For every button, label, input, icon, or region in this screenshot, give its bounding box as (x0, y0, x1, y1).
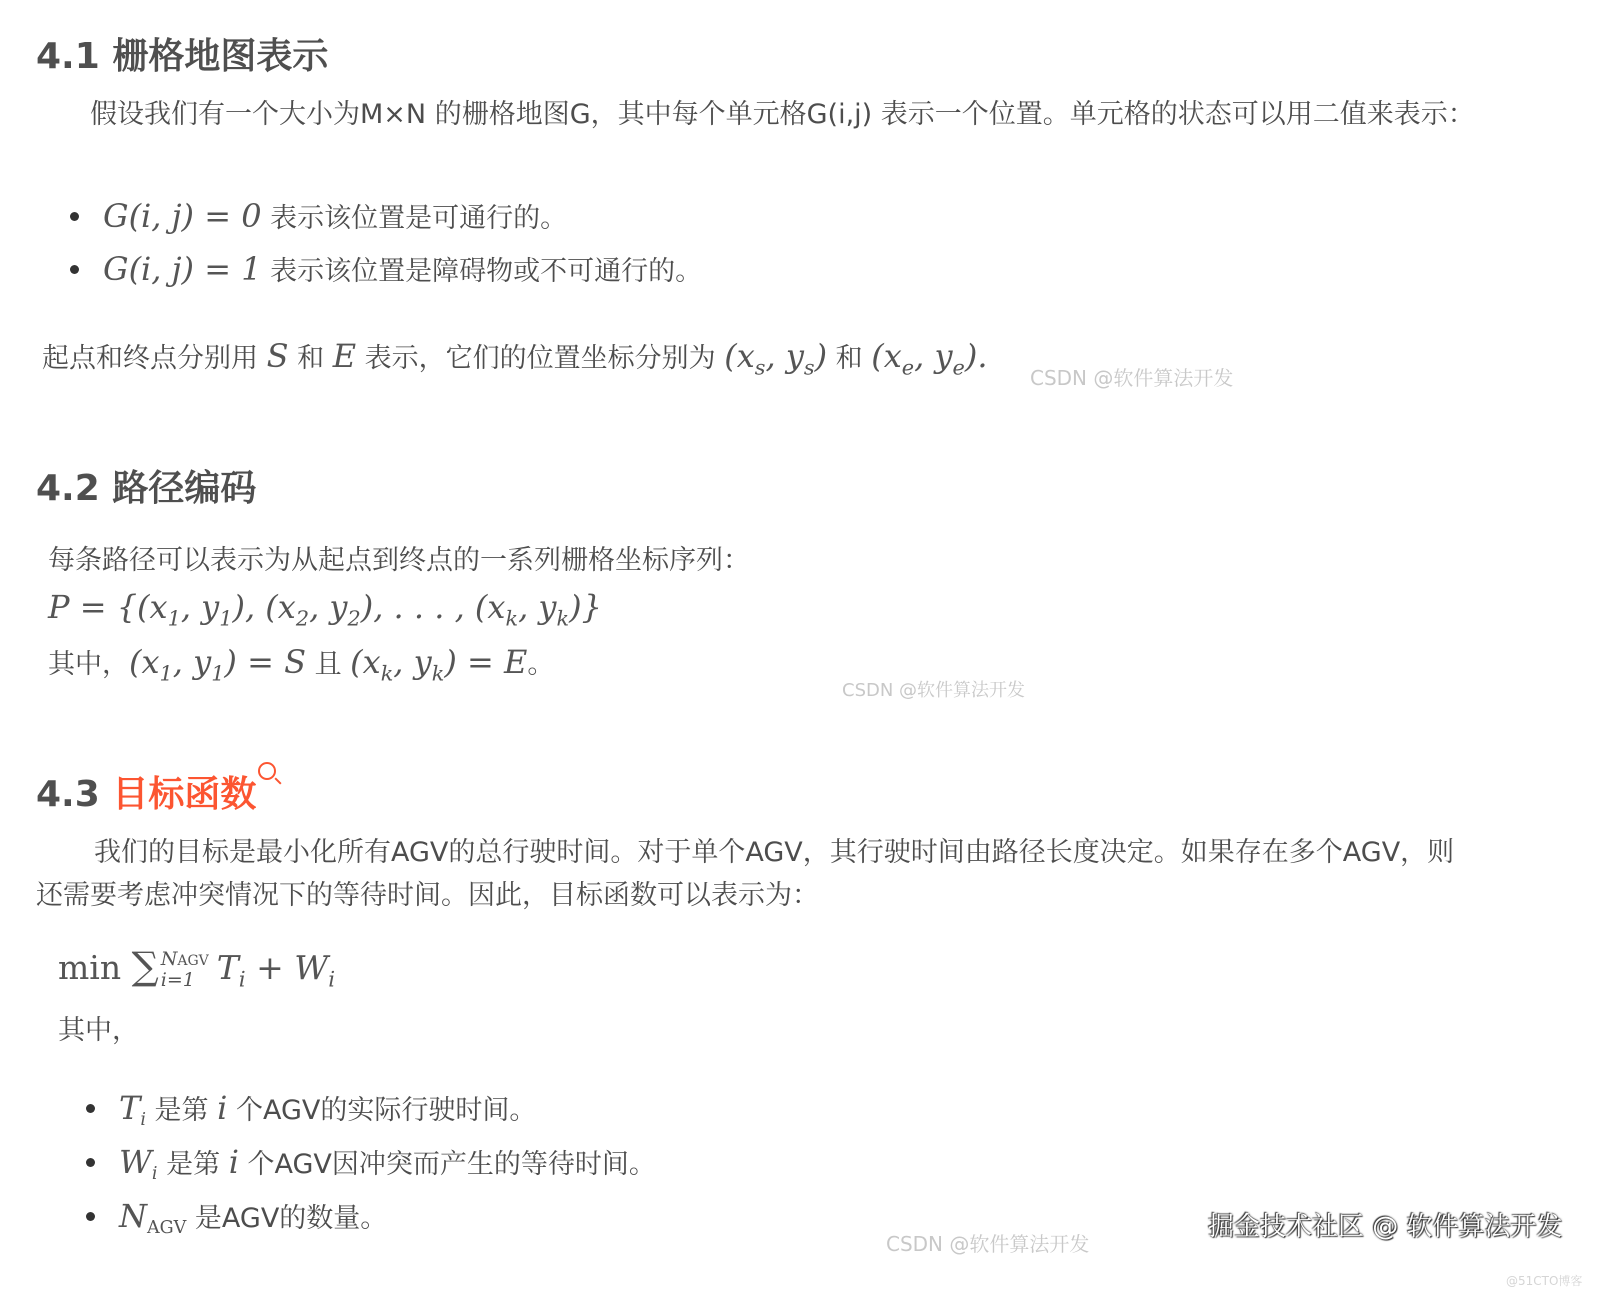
bullet-icon (86, 1212, 95, 1221)
text: 起点和终点分别用 (42, 343, 258, 374)
math-expression: G(i, j) = 1 (103, 250, 262, 288)
paragraph-path-intro: 每条路径可以表示为从起点到终点的一系列栅格坐标序列： (48, 538, 750, 577)
bullet-icon (70, 265, 79, 274)
paragraph-path-where: 其中，(x1, y1) = S 且 (xk, yk) = E。 (48, 642, 554, 685)
math-path-formula: P = {(x1, y1), (x2, y2), . . . , (xk, yk… (48, 588, 602, 630)
bullet-icon (70, 212, 79, 221)
text: 且 (306, 649, 350, 680)
list-item: Wi 是第 i 个AGV因冲突而产生的等待时间。 (86, 1142, 656, 1184)
bullet-icon (86, 1104, 95, 1113)
paragraph-objective-line2: 还需要考虑冲突情况下的等待时间。因此，目标函数可以表示为： (36, 873, 819, 912)
math-coord-start: (xs, ys) (724, 337, 827, 375)
where-label: 其中， (58, 1008, 139, 1047)
text: 。 (527, 649, 554, 680)
section-heading-4-3: 4.3 目标函数 (36, 766, 276, 817)
section-heading-4-2: 4.2 路径编码 (36, 460, 256, 511)
watermark-csdn: CSDN @软件算法开发 (1030, 362, 1233, 391)
section-number: 4.2 (36, 468, 100, 509)
paragraph-start-end: 起点和终点分别用 S 和 E 表示，它们的位置坐标分别为 (xs, ys) 和 … (42, 336, 987, 379)
list-item: NAGV 是AGV的数量。 (86, 1196, 387, 1238)
list-item: G(i, j) = 0 表示该位置是可通行的。 (70, 196, 567, 235)
math-symbol-e: E (333, 337, 356, 375)
text: 其中， (48, 649, 129, 680)
watermark-51cto: @51CTO博客 (1506, 1272, 1582, 1289)
section-title: 路径编码 (112, 468, 256, 509)
text: 和 (836, 343, 863, 374)
section-title: 栅格地图表示 (112, 36, 328, 77)
watermark-csdn: CSDN @软件算法开发 (886, 1228, 1089, 1257)
math-end: (xk, yk) = E (350, 643, 527, 681)
math-expression: G(i, j) = 0 (103, 197, 262, 235)
math-coord-end: (xe, ye). (871, 337, 987, 375)
section-heading-4-1: 4.1 栅格地图表示 (36, 28, 328, 79)
paragraph-objective-line1: 我们的目标是最小化所有AGV的总行驶时间。对于单个AGV，其行驶时间由路径长度决… (94, 830, 1454, 869)
list-item-text: 表示该位置是障碍物或不可通行的。 (270, 256, 702, 287)
section-number: 4.1 (36, 36, 100, 77)
list-item-text: 表示该位置是可通行的。 (270, 203, 567, 234)
watermark-juejin: 掘金技术社区 @ 软件算法开发 (1208, 1206, 1563, 1243)
bullet-icon (86, 1158, 95, 1167)
section-title-link[interactable]: 目标函数 (112, 774, 256, 815)
list-item: Ti 是第 i 个AGV的实际行驶时间。 (86, 1088, 536, 1130)
list-item: G(i, j) = 1 表示该位置是障碍物或不可通行的。 (70, 249, 702, 288)
math-objective-formula: min ∑NAGVi=1Ti + Wi (58, 944, 335, 993)
math-start: (x1, y1) = S (129, 643, 306, 681)
watermark-csdn: CSDN @软件算法开发 (842, 676, 1025, 702)
section-number: 4.3 (36, 774, 100, 815)
search-icon[interactable] (258, 762, 276, 780)
math-symbol-s: S (267, 337, 289, 375)
text: 表示，它们的位置坐标分别为 (365, 343, 716, 374)
text: 和 (297, 343, 324, 374)
paragraph-grid-intro: 假设我们有一个大小为M×N 的栅格地图G，其中每个单元格G(i,j) 表示一个位… (90, 92, 1475, 131)
